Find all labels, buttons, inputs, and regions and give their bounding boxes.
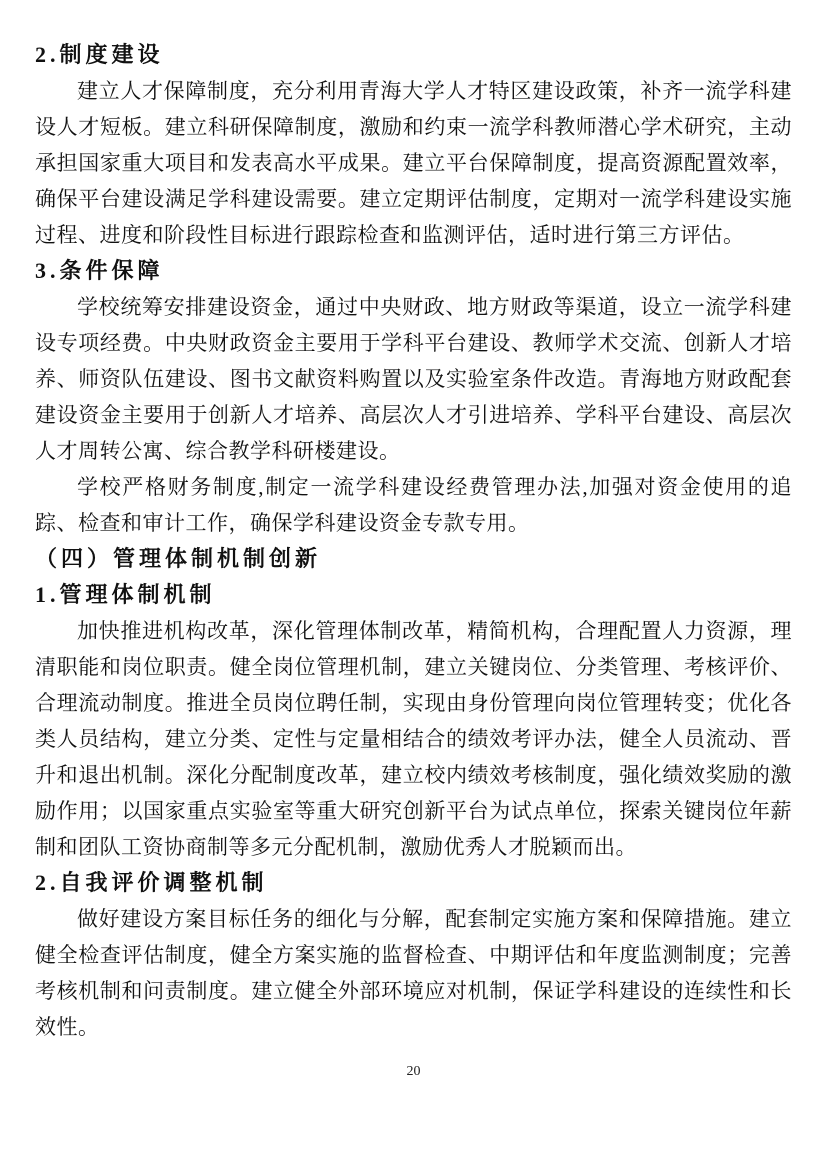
heading-management-system-mechanism: 1.管理体制机制 xyxy=(35,577,792,613)
paragraph-self-evaluation: 做好建设方案目标任务的细化与分解，配套制定实施方案和保障措施。建立健全检查评估制… xyxy=(35,901,792,1045)
heading-condition-guarantee: 3.条件保障 xyxy=(35,253,792,289)
paragraph-financial-rules: 学校严格财务制度,制定一流学科建设经费管理办法,加强对资金使用的追踪、检查和审计… xyxy=(35,469,792,541)
heading-self-evaluation-adjustment: 2.自我评价调整机制 xyxy=(35,865,792,901)
paragraph-funding-sources: 学校统筹安排建设资金，通过中央财政、地方财政等渠道，设立一流学科建设专项经费。中… xyxy=(35,289,792,469)
heading-system-construction: 2.制度建设 xyxy=(35,37,792,73)
paragraph-system-construction: 建立人才保障制度，充分利用青海大学人才特区建设政策，补齐一流学科建设人才短板。建… xyxy=(35,73,792,253)
document-page: 2.制度建设 建立人才保障制度，充分利用青海大学人才特区建设政策，补齐一流学科建… xyxy=(0,0,827,1170)
paragraph-management-reform: 加快推进机构改革，深化管理体制改革，精简机构，合理配置人力资源，理清职能和岗位职… xyxy=(35,613,792,865)
page-number: 20 xyxy=(407,1064,421,1079)
document-content: 2.制度建设 建立人才保障制度，充分利用青海大学人才特区建设政策，补齐一流学科建… xyxy=(35,37,792,1045)
page-footer: 20 xyxy=(0,1062,827,1082)
heading-section4-management-innovation: （四）管理体制机制创新 xyxy=(35,541,792,577)
